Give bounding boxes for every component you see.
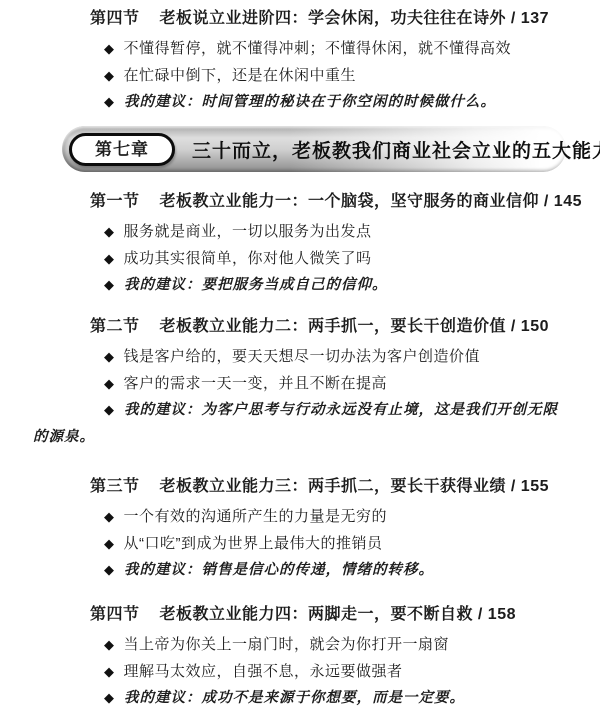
section-heading: 第二节 老板教立业能力二：两手抓一，要长干创造价值 / 150 xyxy=(33,316,566,338)
bullet-text: 钱是客户给的，要天天想尽一切办法为客户创造价值 xyxy=(124,348,481,365)
toc-section: 第四节 老板教立业能力四：两脚走一，要不断自救 / 158 ◆当上帝为你关上一扇… xyxy=(33,604,566,708)
bullet-text: 服务就是商业，一切以服务为出发点 xyxy=(124,223,372,240)
bullet-text: 从“口吃”到成为世界上最伟大的推销员 xyxy=(124,535,383,552)
section-heading: 第三节 老板教立业能力三：两手抓二，要长干获得业绩 / 155 xyxy=(33,476,566,498)
toc-advice-bullet: ◆我的建议：成功不是来源于你想要，而是一定要。 xyxy=(33,685,566,708)
toc-bullet: ◆理解马太效应，自强不息，永远要做强者 xyxy=(33,658,566,685)
section-label: 第二节 xyxy=(90,318,140,335)
toc-advice-bullet: ◆我的建议：销售是信心的传递，情绪的转移。 xyxy=(33,557,566,584)
bullet-text: 成功其实很简单，你对他人微笑了吗 xyxy=(124,250,372,267)
diamond-bullet-icon: ◆ xyxy=(104,376,115,391)
toc-bullet: ◆在忙碌中倒下，还是在休闲中重生 xyxy=(33,62,566,89)
section-bullets: ◆当上帝为你关上一扇门时，就会为你打开一扇窗 ◆理解马太效应，自强不息，永远要做… xyxy=(33,631,566,708)
diamond-bullet-icon: ◆ xyxy=(104,41,115,56)
diamond-bullet-icon: ◆ xyxy=(104,563,115,578)
diamond-bullet-icon: ◆ xyxy=(104,509,115,524)
bullet-text: 当上帝为你关上一扇门时，就会为你打开一扇窗 xyxy=(124,636,450,653)
diamond-bullet-icon: ◆ xyxy=(104,536,115,551)
bullet-text: 客户的需求一天一变，并且不断在提高 xyxy=(124,375,388,392)
toc-bullet: ◆钱是客户给的，要天天想尽一切办法为客户创造价值 xyxy=(33,343,566,370)
toc-section: 第一节 老板教立业能力一：一个脑袋，坚守服务的商业信仰 / 145 ◆服务就是商… xyxy=(33,191,566,299)
toc-page: 第四节 老板说立业进阶四：学会休闲，功夫往往在诗外 / 137 ◆不懂得暂停，就… xyxy=(0,0,600,708)
diamond-bullet-icon: ◆ xyxy=(104,251,115,266)
advice-text: 我的建议：时间管理的秘诀在于你空闲的时候做什么。 xyxy=(124,93,496,110)
section-title: 老板教立业能力四：两脚走一，要不断自救 / 158 xyxy=(159,606,516,623)
section-heading: 第一节 老板教立业能力一：一个脑袋，坚守服务的商业信仰 / 145 xyxy=(33,191,566,213)
diamond-bullet-icon: ◆ xyxy=(104,278,115,293)
section-title: 老板教立业能力二：两手抓一，要长干创造价值 / 150 xyxy=(159,318,549,335)
diamond-bullet-icon: ◆ xyxy=(104,224,115,239)
diamond-bullet-icon: ◆ xyxy=(104,403,115,418)
chapter-banner: 第七章 三十而立，老板教我们商业社会立业的五大能力 xyxy=(62,126,566,172)
toc-bullet: ◆从“口吃”到成为世界上最伟大的推销员 xyxy=(33,530,566,557)
diamond-bullet-icon: ◆ xyxy=(104,664,115,679)
bullet-text: 在忙碌中倒下，还是在休闲中重生 xyxy=(124,67,357,84)
diamond-bullet-icon: ◆ xyxy=(104,95,115,110)
diamond-bullet-icon: ◆ xyxy=(104,349,115,364)
toc-bullet: ◆当上帝为你关上一扇门时，就会为你打开一扇窗 xyxy=(33,631,566,658)
bullet-text: 一个有效的沟通所产生的力量是无穷的 xyxy=(124,508,388,525)
section-label: 第四节 xyxy=(90,606,140,623)
toc-bullet: ◆不懂得暂停，就不懂得冲刺；不懂得休闲，就不懂得高效 xyxy=(33,35,566,62)
section-title: 老板教立业能力一：一个脑袋，坚守服务的商业信仰 / 145 xyxy=(159,193,582,210)
bullet-text: 不懂得暂停，就不懂得冲刺；不懂得休闲，就不懂得高效 xyxy=(124,40,512,57)
chapter-title: 三十而立，老板教我们商业社会立业的五大能力 xyxy=(192,136,600,163)
toc-bullet: ◆一个有效的沟通所产生的力量是无穷的 xyxy=(33,503,566,530)
section-heading: 第四节 老板说立业进阶四：学会休闲，功夫往往在诗外 / 137 xyxy=(33,8,566,30)
advice-text: 我的建议：成功不是来源于你想要，而是一定要。 xyxy=(124,689,465,706)
toc-advice-bullet: ◆我的建议：时间管理的秘诀在于你空闲的时候做什么。 xyxy=(33,89,566,116)
section-title: 老板教立业能力三：两手抓二，要长干获得业绩 / 155 xyxy=(159,478,549,495)
section-label: 第四节 xyxy=(90,10,140,27)
chapter-badge: 第七章 xyxy=(69,133,175,166)
toc-section: 第二节 老板教立业能力二：两手抓一，要长干创造价值 / 150 ◆钱是客户给的，… xyxy=(33,316,566,450)
section-heading: 第四节 老板教立业能力四：两脚走一，要不断自救 / 158 xyxy=(33,604,566,626)
toc-section: 第四节 老板说立业进阶四：学会休闲，功夫往往在诗外 / 137 ◆不懂得暂停，就… xyxy=(33,8,566,116)
toc-advice-bullet: ◆我的建议：要把服务当成自己的信仰。 xyxy=(33,272,566,299)
section-bullets: ◆服务就是商业，一切以服务为出发点 ◆成功其实很简单，你对他人微笑了吗 ◆我的建… xyxy=(33,218,566,299)
diamond-bullet-icon: ◆ xyxy=(104,691,115,706)
section-bullets: ◆一个有效的沟通所产生的力量是无穷的 ◆从“口吃”到成为世界上最伟大的推销员 ◆… xyxy=(33,503,566,584)
diamond-bullet-icon: ◆ xyxy=(104,68,115,83)
diamond-bullet-icon: ◆ xyxy=(104,637,115,652)
toc-bullet: ◆服务就是商业，一切以服务为出发点 xyxy=(33,218,566,245)
section-bullets: ◆不懂得暂停，就不懂得冲刺；不懂得休闲，就不懂得高效 ◆在忙碌中倒下，还是在休闲… xyxy=(33,35,566,116)
toc-section: 第三节 老板教立业能力三：两手抓二，要长干获得业绩 / 155 ◆一个有效的沟通… xyxy=(33,476,566,584)
section-label: 第三节 xyxy=(90,478,140,495)
toc-bullet: ◆成功其实很简单，你对他人微笑了吗 xyxy=(33,245,566,272)
section-bullets: ◆钱是客户给的，要天天想尽一切办法为客户创造价值 ◆客户的需求一天一变，并且不断… xyxy=(33,343,566,450)
bullet-text: 理解马太效应，自强不息，永远要做强者 xyxy=(124,663,403,680)
toc-bullet: ◆客户的需求一天一变，并且不断在提高 xyxy=(33,370,566,397)
section-title: 老板说立业进阶四：学会休闲，功夫往往在诗外 / 137 xyxy=(159,10,549,27)
toc-advice-bullet: ◆我的建议：为客户思考与行动永远没有止境，这是我们开创无限的源泉。 xyxy=(33,397,566,450)
advice-text: 我的建议：销售是信心的传递，情绪的转移。 xyxy=(124,561,434,578)
advice-text: 我的建议：要把服务当成自己的信仰。 xyxy=(124,276,388,293)
section-label: 第一节 xyxy=(90,193,140,210)
